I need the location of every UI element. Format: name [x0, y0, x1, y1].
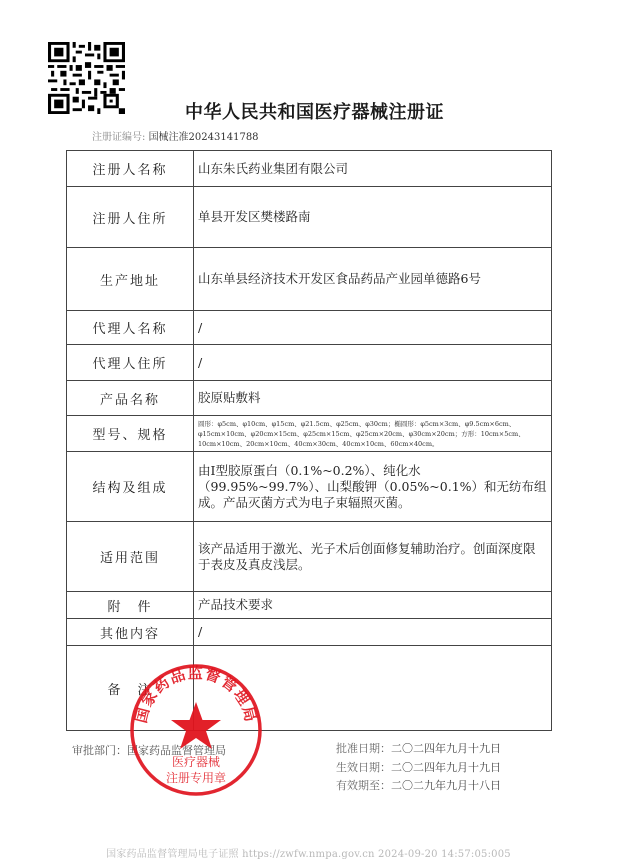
row-value: 由I型胶原蛋白（0.1%~0.2%）、纯化水（99.95%~99.7%）、山梨酸… — [194, 452, 552, 522]
table-row: 代理人名称 / — [67, 311, 552, 345]
row-value: / — [194, 619, 552, 646]
table-row: 产品名称 胶原贴敷料 — [67, 381, 552, 416]
row-value: 山东单县经济技术开发区食品药品产业园单德路6号 — [194, 248, 552, 311]
approval-department-value: 国家药品监督管理局 — [127, 744, 226, 757]
row-value: 胶原贴敷料 — [194, 381, 552, 416]
table-row: 型号、规格 圆形：φ5cm、φ10cm、φ15cm、φ21.5cm、φ25cm、… — [67, 416, 552, 452]
table-row: 其他内容 / — [67, 619, 552, 646]
row-value: 圆形：φ5cm、φ10cm、φ15cm、φ21.5cm、φ25cm、φ30cm；… — [194, 416, 552, 452]
registration-number-value: 国械注准20243141788 — [149, 132, 259, 143]
row-label: 适用范围 — [67, 522, 194, 592]
row-value: 该产品适用于激光、光子术后创面修复辅助治疗。创面深度限于表皮及真皮浅层。 — [194, 522, 552, 592]
row-value: / — [194, 311, 552, 345]
row-label: 代理人名称 — [67, 311, 194, 345]
expiry-date: 有效期至：二〇二九年九月十八日 — [336, 777, 501, 796]
row-label: 其他内容 — [67, 619, 194, 646]
approval-dates: 批准日期：二〇二四年九月十九日 生效日期：二〇二四年九月十九日 有效期至：二〇二… — [336, 740, 501, 796]
row-label: 附 件 — [67, 592, 194, 619]
table-row: 代理人住所 / — [67, 345, 552, 381]
row-label: 备 注 — [67, 646, 194, 731]
row-label: 注册人名称 — [67, 151, 194, 187]
row-value: 单县开发区樊楼路南 — [194, 187, 552, 248]
table-row: 备 注 — [67, 646, 552, 731]
row-label: 代理人住所 — [67, 345, 194, 381]
table-row: 适用范围 该产品适用于激光、光子术后创面修复辅助治疗。创面深度限于表皮及真皮浅层… — [67, 522, 552, 592]
footer-e-license: 国家药品监督管理局电子证照 https://zwfw.nmpa.gov.cn 2… — [0, 845, 617, 860]
seal-inner-line2: 注册专用章 — [166, 770, 226, 785]
document-title: 中华人民共和国医疗器械注册证 — [0, 98, 617, 124]
table-row: 注册人名称 山东朱氏药业集团有限公司 — [67, 151, 552, 187]
table-row: 注册人住所 单县开发区樊楼路南 — [67, 187, 552, 248]
effective-date: 生效日期：二〇二四年九月十九日 — [336, 759, 501, 778]
row-label: 注册人住所 — [67, 187, 194, 248]
row-label: 生产地址 — [67, 248, 194, 311]
approval-department-label: 审批部门： — [72, 744, 127, 757]
row-label: 型号、规格 — [67, 416, 194, 452]
approval-department: 审批部门：国家药品监督管理局 — [72, 742, 226, 758]
row-label: 产品名称 — [67, 381, 194, 416]
registration-number: 注册证编号: 国械注准20243141788 — [92, 128, 259, 143]
row-value: / — [194, 345, 552, 381]
row-value: 产品技术要求 — [194, 592, 552, 619]
row-label: 结构及组成 — [67, 452, 194, 522]
certificate-table: 注册人名称 山东朱氏药业集团有限公司 注册人住所 单县开发区樊楼路南 生产地址 … — [66, 150, 552, 731]
row-value: 山东朱氏药业集团有限公司 — [194, 151, 552, 187]
table-row: 生产地址 山东单县经济技术开发区食品药品产业园单德路6号 — [67, 248, 552, 311]
table-row: 结构及组成 由I型胶原蛋白（0.1%~0.2%）、纯化水（99.95%~99.7… — [67, 452, 552, 522]
registration-number-label: 注册证编号: — [92, 132, 145, 143]
approval-date: 批准日期：二〇二四年九月十九日 — [336, 740, 501, 759]
row-value — [194, 646, 552, 731]
table-row: 附 件 产品技术要求 — [67, 592, 552, 619]
